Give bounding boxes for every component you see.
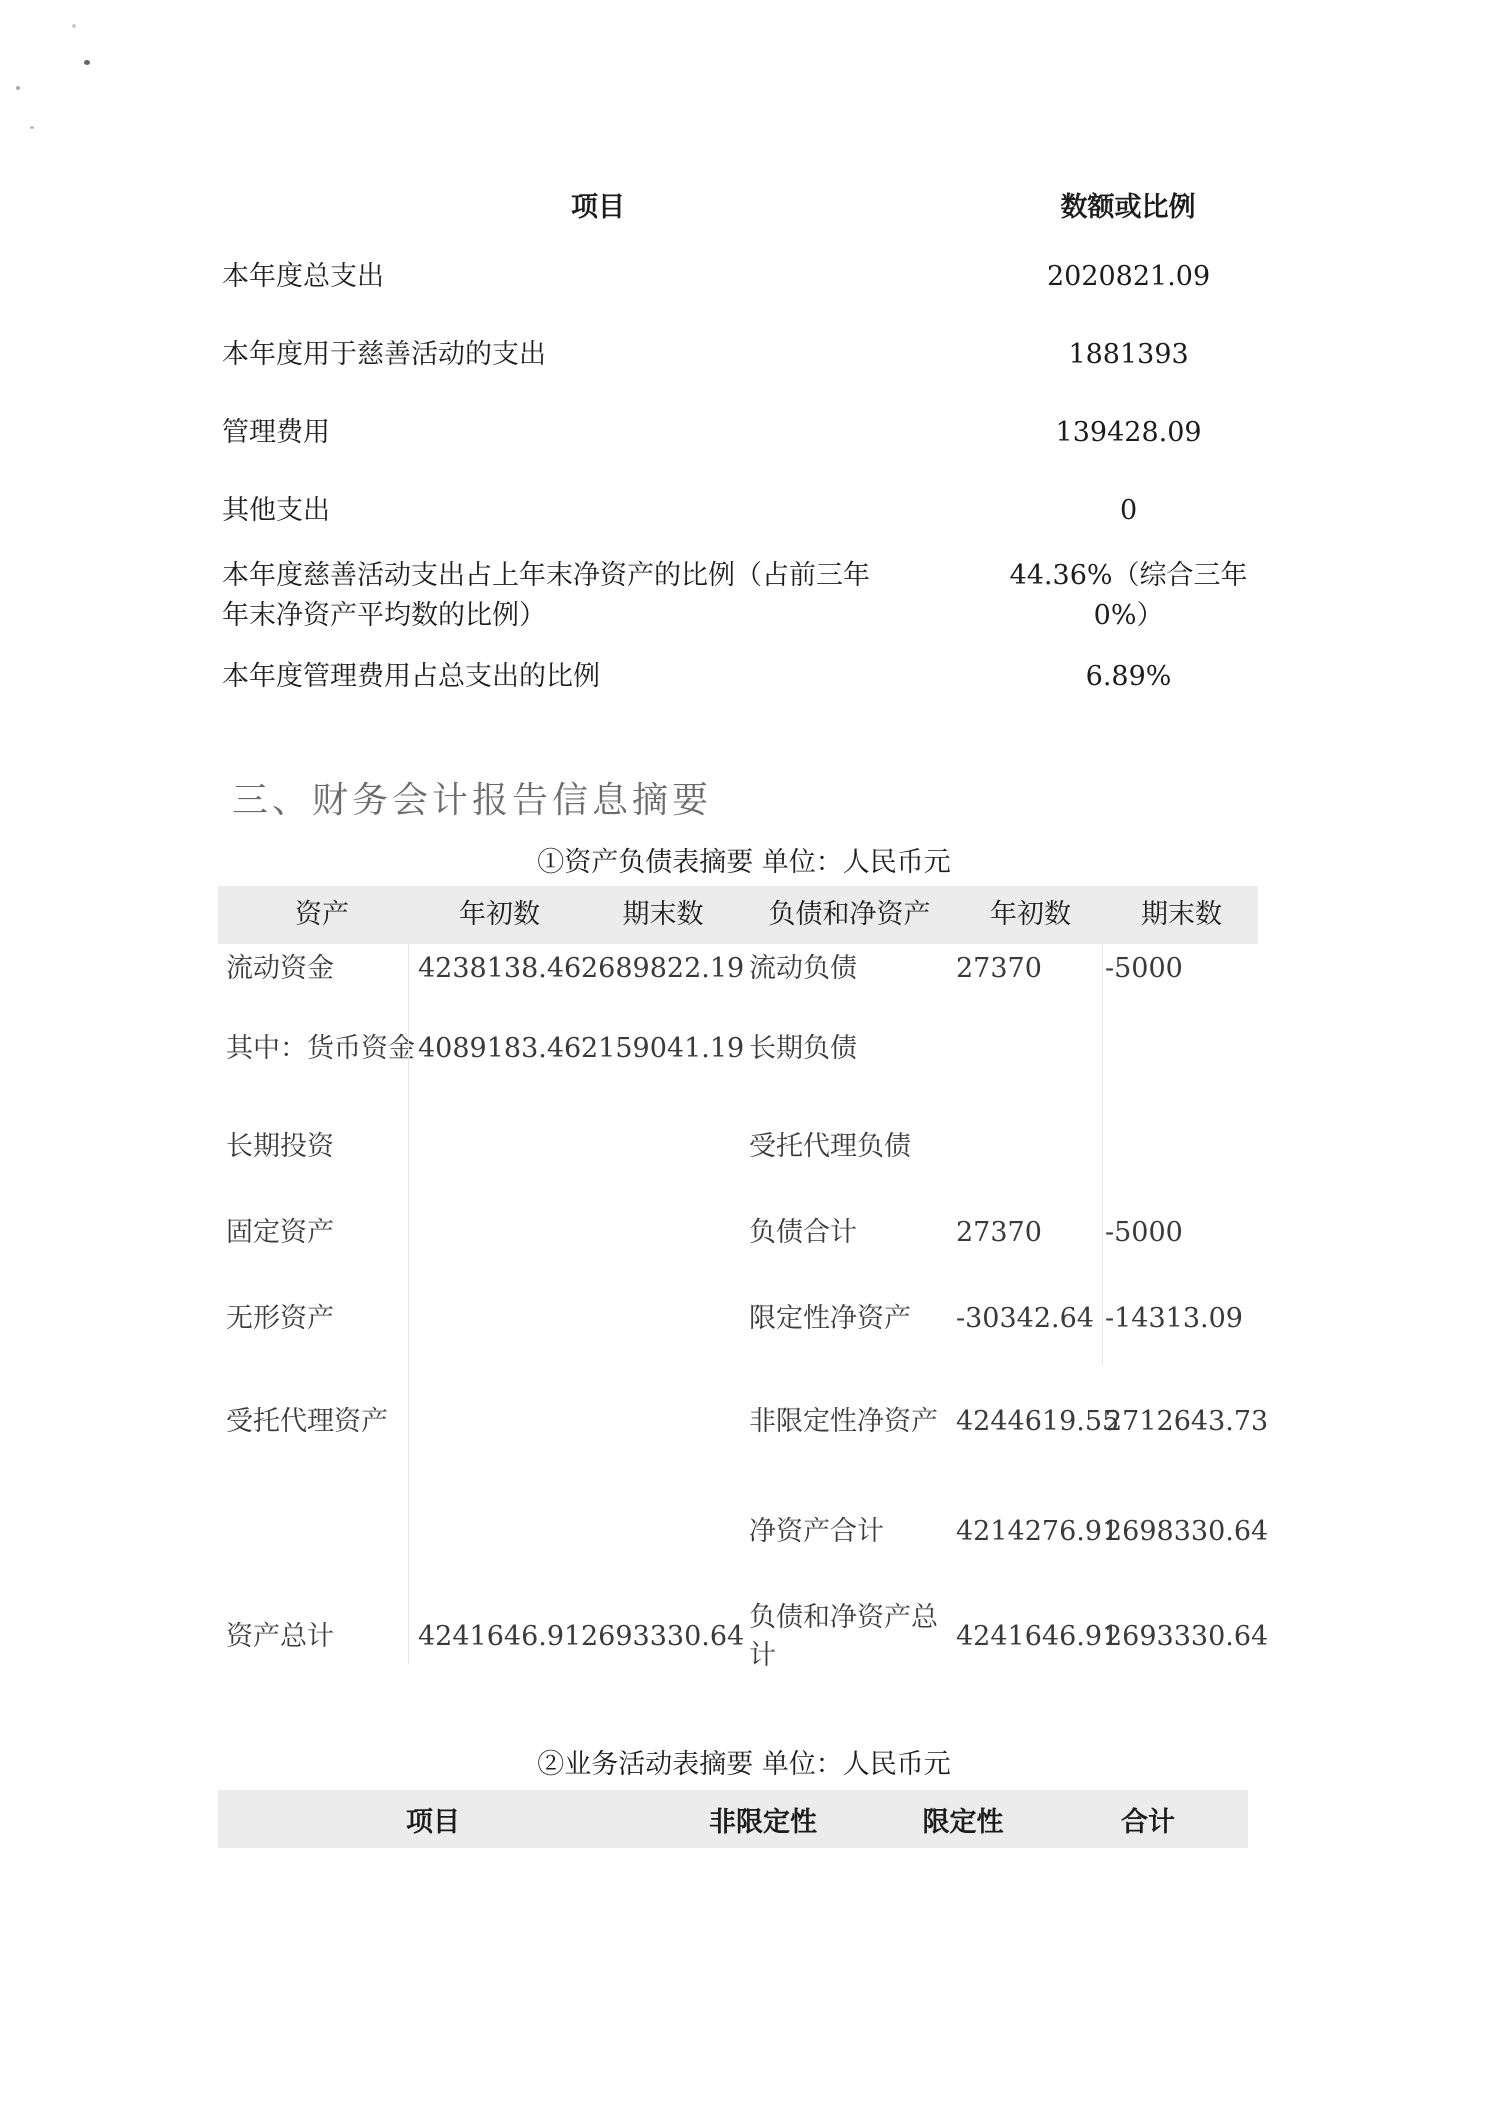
table-row: 净资产合计 4214276.91 2698330.64 bbox=[218, 1482, 1258, 1582]
table-row: 本年度用于慈善活动的支出 1881393 bbox=[218, 316, 1278, 394]
table-row: 其他支出 0 bbox=[218, 472, 1278, 550]
activity-statement-header: 项目 非限定性 限定性 合计 bbox=[218, 1790, 1248, 1848]
scan-speck bbox=[72, 24, 76, 28]
table-row: 本年度管理费用占总支出的比例 6.89% bbox=[218, 642, 1278, 712]
faint-column-divider bbox=[1102, 944, 1103, 1364]
table-header: 资产 年初数 期末数 负债和净资产 年初数 期末数 bbox=[218, 886, 1258, 944]
table-row: 资产总计 4241646.91 2693330.64 负债和净资产总计 4241… bbox=[218, 1582, 1258, 1692]
table-header: 项目 数额或比例 bbox=[218, 178, 1278, 238]
scan-speck bbox=[84, 60, 90, 65]
scan-speck bbox=[30, 126, 34, 129]
balance-sheet-caption: ①资产负债表摘要 单位：人民币元 bbox=[0, 840, 1488, 879]
table-row: 本年度总支出 2020821.09 bbox=[218, 238, 1278, 316]
table-row: 本年度慈善活动支出占上年末净资产的比例（占前三年 年末净资产平均数的比例） 44… bbox=[218, 550, 1278, 642]
header-item: 项目 bbox=[218, 188, 978, 228]
expense-summary-table: 项目 数额或比例 本年度总支出 2020821.09 本年度用于慈善活动的支出 … bbox=[218, 178, 1278, 712]
scan-speck bbox=[16, 86, 20, 90]
section-heading: 三、财务会计报告信息摘要 bbox=[232, 772, 712, 823]
faint-column-divider bbox=[408, 944, 409, 1664]
header-value: 数额或比例 bbox=[978, 188, 1278, 228]
activity-statement-caption: ②业务活动表摘要 单位：人民币元 bbox=[0, 1742, 1488, 1781]
table-row: 管理费用 139428.09 bbox=[218, 394, 1278, 472]
table-row: 受托代理资产 非限定性净资产 4244619.55 2712643.73 bbox=[218, 1362, 1258, 1482]
